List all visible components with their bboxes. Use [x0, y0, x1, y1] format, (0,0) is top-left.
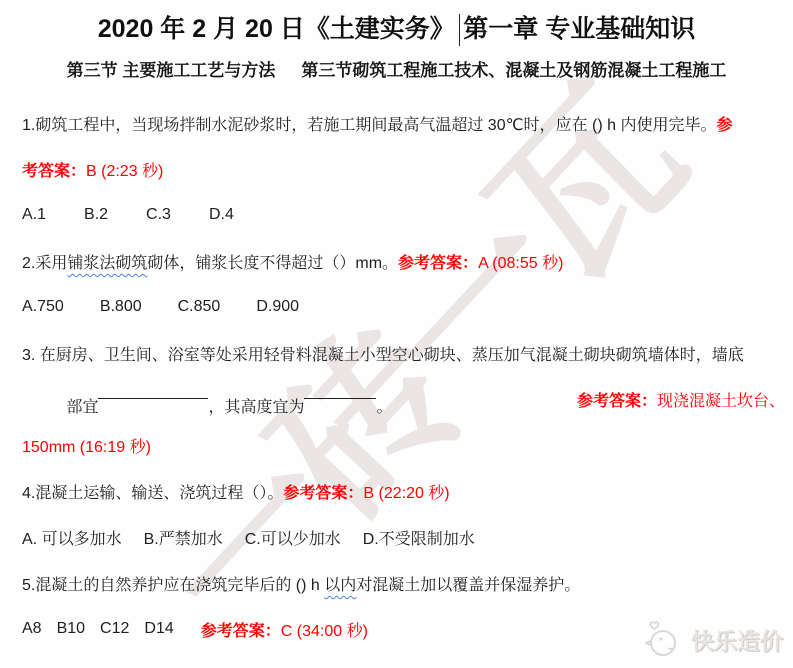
option-d: D14	[144, 620, 173, 638]
question-3-text-line2: 部宜，其高度宜为。 参考答案：现浇混凝土坎台、	[22, 376, 785, 422]
option-c: C.850	[178, 298, 221, 316]
answer-label: 参考答案：	[201, 618, 281, 641]
question-3-fill-blanks: 部宜，其高度宜为。	[22, 363, 393, 435]
question-2-stem-start: 2.采用	[22, 250, 67, 273]
brand-logo-text: 快乐造价	[691, 623, 783, 656]
question-list: 1.砌筑工程中，当现场拌制水泥砂浆时，若施工期间最高气温超过 30℃时，应在 (…	[0, 100, 793, 652]
option-b: B.2	[84, 206, 108, 224]
question-2-text: 2.采用铺浆法砌筑砌体，铺浆长度不得超过（）mm。参考答案：A (08:55 秒…	[22, 238, 785, 284]
question-5-text: 5.混凝土的自然养护应在浇筑完毕后的 () h 以内对混凝土加以覆盖并保湿养护。	[22, 560, 785, 606]
answer-label: 参考答案：	[577, 393, 657, 410]
chick-mascot-icon	[642, 618, 686, 660]
question-4-options: A. 可以多加水 B.严禁加水 C.可以少加水 D.不受限制加水	[22, 514, 785, 560]
answer-label: 参考答案：	[398, 250, 478, 273]
question-5-stem-end: 对混凝土加以覆盖并保湿养护。	[356, 572, 580, 595]
option-d: D.4	[209, 206, 234, 224]
title-cursor-divider	[459, 14, 461, 46]
option-c: C.可以少加水	[245, 526, 341, 549]
answer-value: 现浇混凝土坎台、	[657, 393, 785, 410]
answer-value: B (2:23 秒)	[86, 158, 163, 181]
option-a: A8	[22, 620, 42, 638]
document-content: 2020 年 2 月 20 日《土建实务》第一章 专业基础知识 第三节 主要施工…	[0, 0, 793, 652]
title-date-part: 2020 年 2 月 20 日《土建实务》	[98, 15, 455, 43]
question-1-answer: 考答案：B (2:23 秒)	[22, 146, 785, 192]
option-a: A.1	[22, 206, 46, 224]
option-d: D.900	[256, 298, 299, 316]
subtitle-section-label: 第三节	[67, 61, 123, 80]
question-1-text: 1.砌筑工程中，当现场拌制水泥砂浆时，若施工期间最高气温超过 30℃时，应在 (…	[22, 100, 785, 146]
spellcheck-underline: 以内	[324, 572, 356, 595]
page-title: 2020 年 2 月 20 日《土建实务》第一章 专业基础知识	[0, 0, 793, 46]
question-3-stem: 3. 在厨房、卫生间、浴室等处采用轻骨料混凝土小型空心砌块、蒸压加气混凝土砌块砌…	[22, 342, 744, 365]
answer-label: 参考答案：	[283, 480, 363, 503]
question-3-stem-end: 。	[376, 399, 392, 416]
answer-value-continued: 150mm (16:19 秒)	[22, 434, 151, 457]
option-a: A. 可以多加水	[22, 526, 122, 549]
question-3-answer-right: 参考答案：现浇混凝土坎台、	[533, 370, 785, 429]
question-2-options: A.750 B.800 C.850 D.900	[22, 284, 785, 330]
blank-line	[304, 381, 376, 399]
option-a: A.750	[22, 298, 64, 316]
question-3-stem-mid: ，其高度宜为	[208, 399, 304, 416]
question-5-stem-start: 5.混凝土的自然养护应在浇筑完毕后的 () h	[22, 572, 324, 595]
option-c: C12	[100, 620, 129, 638]
brand-logo: 快乐造价	[642, 618, 783, 660]
question-1-stem: 1.砌筑工程中，当现场拌制水泥砂浆时，若施工期间最高气温超过 30℃时，应在 (…	[22, 112, 716, 135]
option-b: B.严禁加水	[144, 526, 223, 549]
question-1-options: A.1 B.2 C.3 D.4	[22, 192, 785, 238]
subtitle-topic: 第三节砌筑工程施工技术、混凝土及钢筋混凝土工程施工	[301, 61, 726, 80]
option-b: B10	[57, 620, 85, 638]
answer-value: C (34:00 秒)	[281, 618, 368, 641]
question-3-stem-pre: 部宜	[66, 399, 98, 416]
spellcheck-underline: 铺浆法砌筑	[67, 250, 147, 273]
question-2-stem-end: 砌体，铺浆长度不得超过（）mm。	[147, 250, 398, 273]
question-4-text: 4.混凝土运输、输送、浇筑过程（）。参考答案：B (22:20 秒)	[22, 468, 785, 514]
section-subtitle: 第三节 主要施工工艺与方法第三节砌筑工程施工技术、混凝土及钢筋混凝土工程施工	[0, 59, 793, 83]
subtitle-emphasis: 主要施工工艺与方法	[122, 61, 275, 80]
title-chapter-part: 第一章 专业基础知识	[463, 15, 695, 43]
question-4-stem: 4.混凝土运输、输送、浇筑过程（）。	[22, 480, 283, 503]
answer-value: A (08:55 秒)	[478, 250, 563, 273]
document-page: 一砖一瓦 2020 年 2 月 20 日《土建实务》第一章 专业基础知识 第三节…	[0, 0, 793, 668]
answer-label: 考答案：	[22, 158, 86, 181]
option-b: B.800	[100, 298, 142, 316]
blank-line	[98, 381, 208, 399]
option-d: D.不受限制加水	[363, 526, 475, 549]
option-c: C.3	[146, 206, 171, 224]
answer-value: B (22:20 秒)	[363, 480, 449, 503]
question-1-answer-inline-start: 参	[716, 112, 732, 135]
